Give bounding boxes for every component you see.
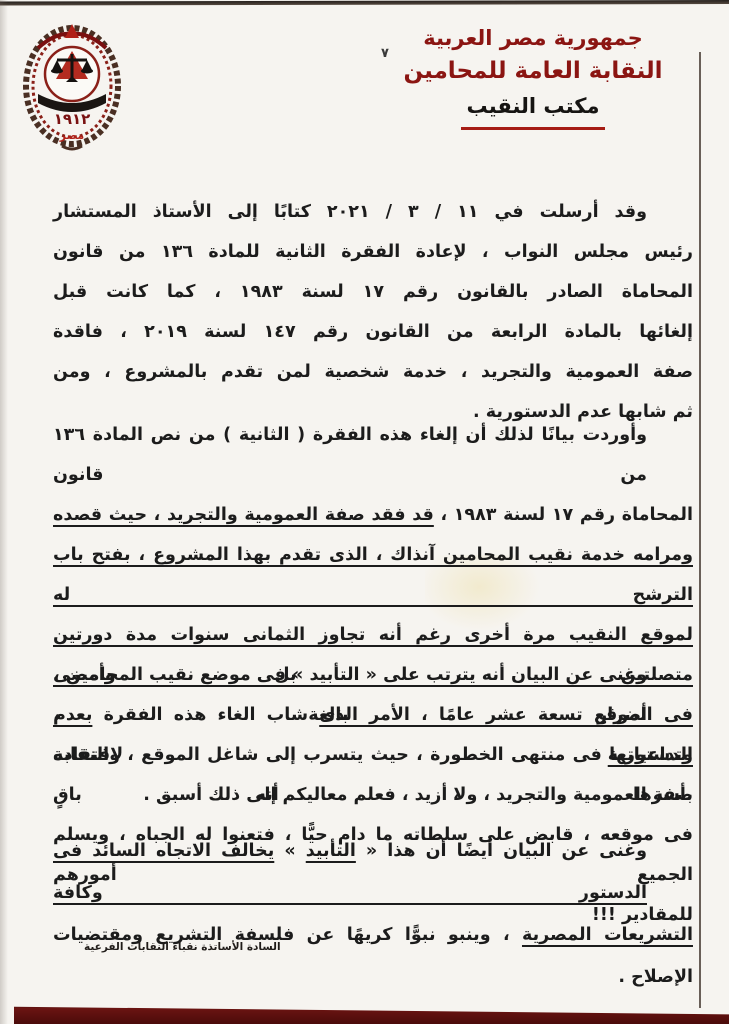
text-segment: المحاماة رقم ١٧ لسنة ١٩٨٣ ، <box>434 505 693 525</box>
footer-recipients-note: السادة الأساتذة نقباء النقابات الفرعية <box>84 941 281 953</box>
underlined-text-segment: التأبيد <box>306 841 356 861</box>
text-segment: المحاماة الصادر بالقانون رقم ١٧ لسنة ١٩٨… <box>53 282 693 302</box>
underlined-text-segment: قد فقد صفة العمومية والتجريد ، حيث قصده <box>53 505 434 525</box>
text-segment: وأوردت بيانًا لذلك أن إلغاء هذه الفقرة (… <box>53 425 647 485</box>
paragraph-1: وقد أرسلت في ١١ / ٣ / ٢٠٢١ كتابًا إلى ال… <box>53 192 693 432</box>
body-line: وتداعياتها فى منتهى الخطورة ، حيث يتسرب … <box>53 735 693 815</box>
body-line: المحاماة رقم ١٧ لسنة ١٩٨٣ ، قد فقد صفة ا… <box>53 495 693 535</box>
body-line: ومرامه خدمة نقيب المحامين آنذاك ، الذى ت… <box>53 535 693 615</box>
scan-left-shadow-artifact <box>0 0 8 1024</box>
body-line: وغنى عن البيان أيضًا أن هذا « التأبيد » … <box>53 830 693 914</box>
body-line: وغنى عن البيان أنه يترتب على « التأبيد »… <box>53 655 693 735</box>
underlined-text-segment: التشريعات المصرية <box>522 925 693 945</box>
text-segment: إلغائها بالمادة الرابعة من القانون رقم ١… <box>53 322 693 342</box>
body-line: صفة العمومية والتجريد ، خدمة شخصية لمن ت… <box>53 352 693 392</box>
body-line: المحاماة الصادر بالقانون رقم ١٧ لسنة ١٩٨… <box>53 272 693 312</box>
body-line: إلغائها بالمادة الرابعة من القانون رقم ١… <box>53 312 693 352</box>
text-segment: وغنى عن البيان أيضًا أن هذا « <box>356 841 647 861</box>
underlined-text-segment: ومرامه خدمة نقيب المحامين آنذاك ، الذى ت… <box>53 545 693 605</box>
scanned-letter-page: ١٩١٢ مصر ٧ جمهورية مصر العربية النقابة ا… <box>0 0 729 1024</box>
text-segment: وغنى عن البيان أنه يترتب على « <box>360 665 647 685</box>
paragraph-4: وغنى عن البيان أيضًا أن هذا « التأبيد » … <box>53 830 693 998</box>
text-segment: » <box>274 841 305 861</box>
underlined-text-segment: التأبيد <box>309 665 359 685</box>
body-line: رئيس مجلس النواب ، لإعادة الفقرة الثانية… <box>53 232 693 272</box>
body-line: التشريعات المصرية ، وينبو نبوًّا كريهًا … <box>53 914 693 998</box>
text-segment: رئيس مجلس النواب ، لإعادة الفقرة الثانية… <box>53 242 693 262</box>
text-segment: وتداعياتها فى منتهى الخطورة ، حيث يتسرب … <box>53 745 693 805</box>
text-segment: وقد أرسلت في ١١ / ٣ / ٢٠٢١ كتابًا إلى ال… <box>53 202 647 222</box>
scan-right-line-artifact <box>699 52 701 1008</box>
body-line: وأوردت بيانًا لذلك أن إلغاء هذه الفقرة (… <box>53 415 693 495</box>
text-segment: صفة العمومية والتجريد ، خدمة شخصية لمن ت… <box>53 362 693 382</box>
document-body: وقد أرسلت في ١١ / ٣ / ٢٠٢١ كتابًا إلى ال… <box>53 0 693 1024</box>
body-line: وقد أرسلت في ١١ / ٣ / ٢٠٢١ كتابًا إلى ال… <box>53 192 693 232</box>
